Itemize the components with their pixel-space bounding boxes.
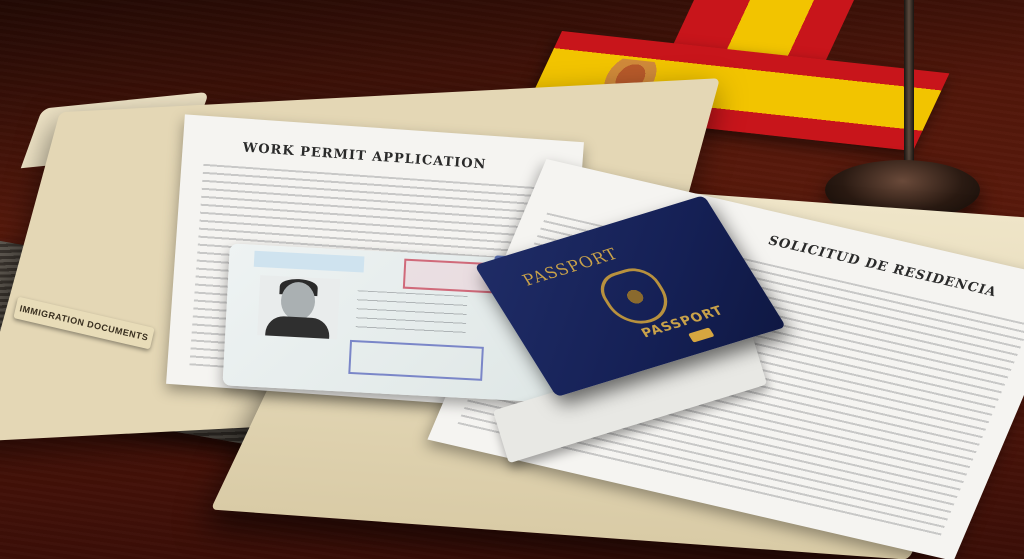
id-photo: [257, 275, 340, 339]
photo-body: [265, 315, 330, 339]
card-text: [356, 290, 468, 336]
biometric-chip-icon: [688, 327, 715, 342]
flag-pole: [904, 0, 914, 175]
stamp-box: [348, 340, 484, 381]
work-permit-title: WORK PERMIT APPLICATION: [242, 141, 487, 173]
photo-head: [280, 281, 316, 321]
card-header: [254, 251, 365, 273]
